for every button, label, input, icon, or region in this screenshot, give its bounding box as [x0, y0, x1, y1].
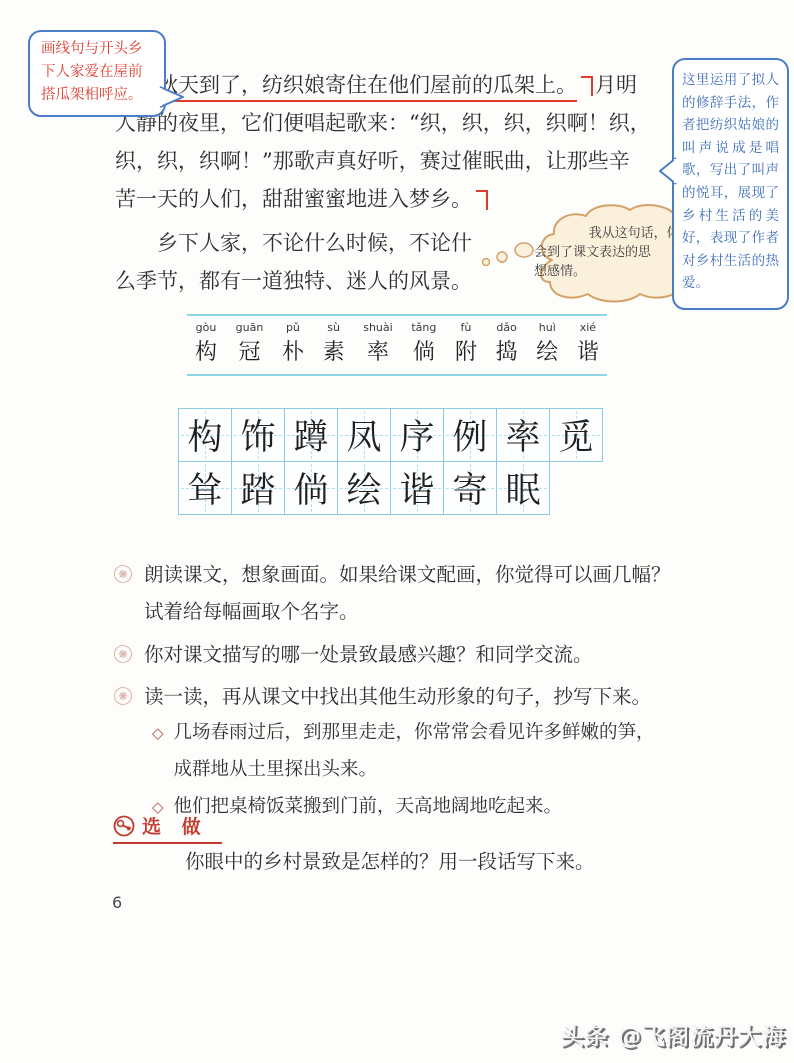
- question-text: 试着给每幅画取个名字。: [144, 593, 671, 630]
- grid-cell: 倘: [284, 461, 338, 515]
- grid-row: 耸 踏 倘 绘 谐 寄 眠: [178, 461, 603, 515]
- text-line: 秋天到了，纺织娘寄住在他们屋前的瓜架上。月明: [115, 66, 651, 104]
- diamond-bullet-icon: ◇: [152, 724, 164, 742]
- grid-cell: 眠: [496, 461, 550, 515]
- lesson-paragraph-2: 乡下人家，不论什么时候，不论什 么季节，都有一道独特、迷人的风景。: [115, 224, 472, 300]
- text-line: 乡下人家，不论什么时候，不论什: [115, 224, 472, 262]
- optional-task-icon: [113, 815, 135, 837]
- grid-cell: 蹲: [284, 408, 338, 462]
- example-sentence-1: ◇ 几场春雨过后，到那里走走，你常常会看见许多鲜嫩的笋， 成群地从土里探出头来。: [152, 714, 655, 788]
- annotation-text: 搭瓜架相呼应。: [41, 84, 154, 107]
- red-bracket-open-icon: [581, 76, 593, 96]
- optional-task-label: 选 做: [142, 812, 208, 839]
- page-number: 6: [112, 893, 122, 912]
- grid-cell: 觅: [549, 408, 603, 462]
- flower-stamp-icon: ❋: [114, 565, 132, 583]
- pinyin-item: shuài率: [363, 321, 392, 366]
- question-text: 你对课文描写的哪一处景致最感兴趣？和同学交流。: [144, 636, 593, 673]
- annotation-text: 这里运用了拟人的修辞手法，作者把纺织姑娘的叫声说成是唱歌，写出了叫声的悦耳，展现…: [682, 72, 779, 291]
- grid-cell: 谐: [390, 461, 444, 515]
- writing-grid: 构 饰 蹲 凤 序 例 率 觅 耸 踏 倘 绘 谐 寄 眠: [178, 408, 603, 515]
- text-line: 人静的夜里，它们便唱起歌来：“织，织，织，织啊！织，: [115, 104, 651, 142]
- watermark: 头条 @飞阁流丹大海: [561, 1018, 786, 1051]
- text-line: 么季节，都有一道独特、迷人的风景。: [115, 262, 472, 300]
- textbook-page: 画线句与开头乡 下人家爱在屋前 搭瓜架相呼应。 秋天到了，纺织娘寄住在他们屋前的…: [0, 0, 794, 1063]
- pinyin-item: gòu构: [195, 321, 217, 366]
- grid-cell: 序: [390, 408, 444, 462]
- exercise-question-1: ❋ 朗读课文，想象画面。如果给课文配画，你觉得可以画几幅？ 试着给每幅画取个名字…: [114, 556, 671, 630]
- annotation-bubble-right: 这里运用了拟人的修辞手法，作者把纺织姑娘的叫声说成是唱歌，写出了叫声的悦耳，展现…: [672, 58, 789, 310]
- bubble-tail-icon: [159, 84, 185, 110]
- example-text: 几场春雨过后，到那里走走，你常常会看见许多鲜嫩的笋，: [174, 714, 655, 751]
- grid-row: 构 饰 蹲 凤 序 例 率 觅: [178, 408, 603, 462]
- grid-cell: 寄: [443, 461, 497, 515]
- text-run: 苦一天的人们，甜甜蜜蜜地进入梦乡。: [115, 187, 472, 211]
- flower-stamp-icon: ❋: [114, 687, 132, 705]
- grid-cell: 率: [496, 408, 550, 462]
- annotation-text: 画线句与开头乡: [41, 38, 154, 61]
- annotation-text: 下人家爱在屋前: [41, 61, 154, 84]
- flower-stamp-icon: ❋: [114, 645, 132, 663]
- text-run: 月明: [595, 73, 637, 97]
- pinyin-item: pǔ朴: [282, 321, 304, 366]
- grid-cell: 绘: [337, 461, 391, 515]
- bubble-tail-icon: [659, 156, 677, 186]
- question-text: 读一读，再从课文中找出其他生动形象的句子，抄写下来。: [144, 678, 651, 715]
- grid-cell: 饰: [231, 408, 285, 462]
- underlined-sentence: 秋天到了，纺织娘寄住在他们屋前的瓜架上。: [157, 73, 577, 102]
- text-run: 乡下人家，不论什么时候，不论什: [157, 231, 472, 255]
- annotation-bubble-left: 画线句与开头乡 下人家爱在屋前 搭瓜架相呼应。: [28, 30, 166, 117]
- pinyin-recognition-strip: gòu构 guān冠 pǔ朴 sù素 shuài率 tǎng倘 fù附 dǎo捣…: [187, 314, 607, 376]
- exercise-question-3: ❋ 读一读，再从课文中找出其他生动形象的句子，抄写下来。: [114, 678, 651, 715]
- pinyin-item: sù素: [323, 321, 345, 366]
- grid-cell: 例: [443, 408, 497, 462]
- grid-cell: 凤: [337, 408, 391, 462]
- pinyin-item: tǎng倘: [411, 321, 436, 366]
- grid-cell: 构: [178, 408, 232, 462]
- example-text: 成群地从土里探出头来。: [174, 751, 655, 788]
- pinyin-item: xié谐: [577, 321, 599, 366]
- pinyin-item: huì绘: [536, 321, 558, 366]
- lesson-paragraph-1: 秋天到了，纺织娘寄住在他们屋前的瓜架上。月明 人静的夜里，它们便唱起歌来：“织，…: [115, 66, 651, 218]
- example-text: 他们把桌椅饭菜搬到门前，天高地阔地吃起来。: [174, 788, 563, 825]
- optional-task-prompt: 你眼中的乡村景致是怎样的？用一段话写下来。: [185, 843, 595, 880]
- thought-bubble-text: 我从这句话，体 会到了课文表达的思 想感情。: [534, 224, 694, 281]
- grid-cell: 踏: [231, 461, 285, 515]
- optional-task-header: 选 做: [113, 812, 222, 844]
- pinyin-item: fù附: [455, 321, 477, 366]
- question-text: 朗读课文，想象画面。如果给课文配画，你觉得可以画几幅？: [144, 556, 671, 593]
- optional-task: 选 做: [113, 812, 222, 844]
- grid-cell: 耸: [178, 461, 232, 515]
- exercise-question-2: ❋ 你对课文描写的哪一处景致最感兴趣？和同学交流。: [114, 636, 593, 673]
- pinyin-item: guān冠: [236, 321, 264, 366]
- text-line: 织，织，织啊！”那歌声真好听，赛过催眠曲，让那些辛: [115, 142, 651, 180]
- pinyin-item: dǎo捣: [496, 321, 518, 366]
